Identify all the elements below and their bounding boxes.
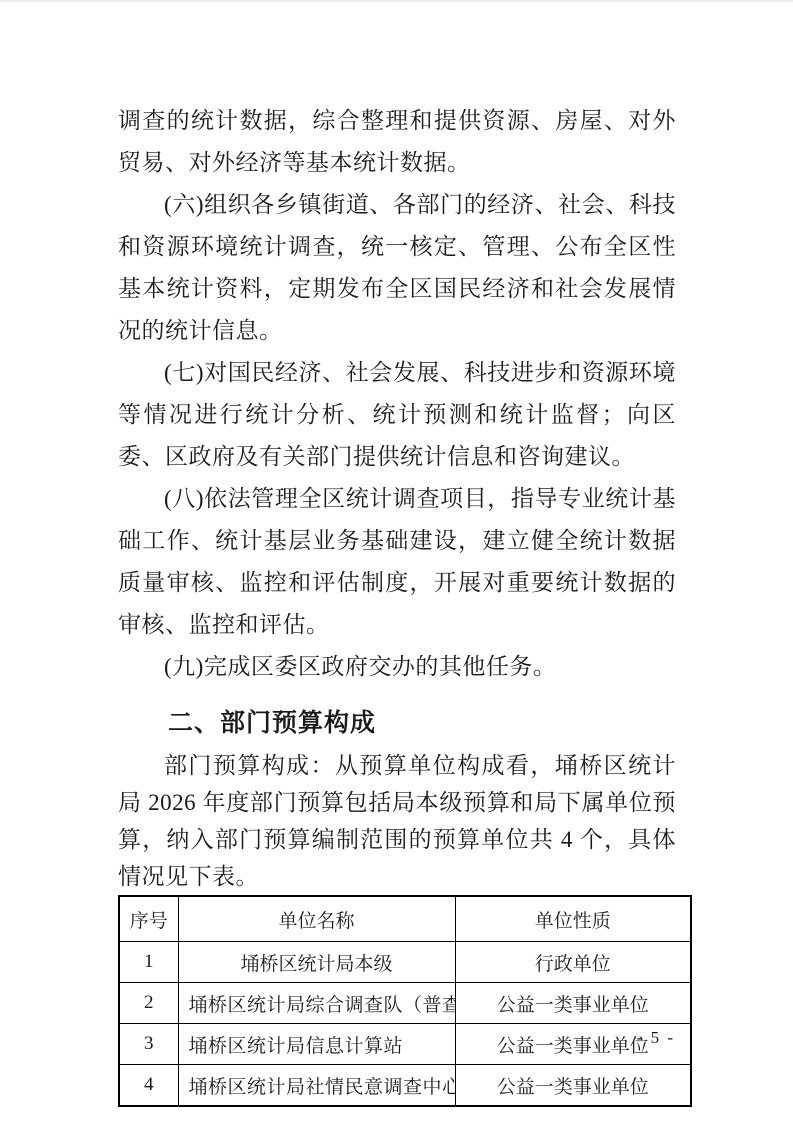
header-cell-unit-name: 单位名称 — [178, 896, 455, 942]
table-row: 3 埇桥区统计局信息计算站 公益一类事业单位 — [119, 1024, 691, 1065]
document-page: 调查的统计数据，综合整理和提供资源、房屋、对外贸易、对外经济等基本统计数据。 (… — [0, 0, 793, 1122]
cell-index: 3 — [119, 1024, 178, 1065]
cell-unit-type: 公益一类事业单位 — [455, 983, 691, 1024]
table-row: 1 埇桥区统计局本级 行政单位 — [119, 942, 691, 983]
cell-index: 4 — [119, 1065, 178, 1107]
budget-units-table: 序号 单位名称 单位性质 1 埇桥区统计局本级 行政单位 2 埇桥区统计局综合调… — [118, 895, 692, 1107]
header-cell-index: 序号 — [119, 896, 178, 942]
paragraph-item-8: (八)依法管理全区统计调查项目，指导专业统计基础工作、统计基层业务基础建设，建立… — [118, 478, 690, 646]
paragraph-item-9: (九)完成区委区政府交办的其他任务。 — [118, 646, 690, 688]
paragraph-continuation: 调查的统计数据，综合整理和提供资源、房屋、对外贸易、对外经济等基本统计数据。 — [118, 100, 690, 184]
paragraph-item-6: (六)组织各乡镇街道、各部门的经济、社会、科技和资源环境统计调查，统一核定、管理… — [118, 184, 690, 352]
table-row: 2 埇桥区统计局综合调查队（普查中心） 公益一类事业单位 — [119, 983, 691, 1024]
cell-unit-name: 埇桥区统计局综合调查队（普查中心） — [178, 983, 455, 1024]
cell-unit-type: 公益一类事业单位 — [455, 1065, 691, 1107]
table-header-row: 序号 单位名称 单位性质 — [119, 896, 691, 942]
cell-unit-name: 埇桥区统计局社情民意调查中心 — [178, 1065, 455, 1107]
paragraph-item-7: (七)对国民经济、社会发展、科技进步和资源环境等情况进行统计分析、统计预测和统计… — [118, 352, 690, 478]
table-row: 4 埇桥区统计局社情民意调查中心 公益一类事业单位 — [119, 1065, 691, 1107]
cell-unit-name: 埇桥区统计局本级 — [178, 942, 455, 983]
section-heading-budget-composition: 二、部门预算构成 — [118, 702, 690, 744]
cell-index: 2 — [119, 983, 178, 1024]
cell-index: 1 — [119, 942, 178, 983]
cell-unit-type: 行政单位 — [455, 942, 691, 983]
paragraph-budget-intro: 部门预算构成：从预算单位构成看，埇桥区统计局 2026 年度部门预算包括局本级预… — [118, 747, 690, 895]
page-content: 调查的统计数据，综合整理和提供资源、房屋、对外贸易、对外经济等基本统计数据。 (… — [118, 100, 690, 1107]
header-cell-unit-type: 单位性质 — [455, 896, 691, 942]
page-number: - 5 - — [637, 1028, 675, 1048]
cell-unit-name: 埇桥区统计局信息计算站 — [178, 1024, 455, 1065]
